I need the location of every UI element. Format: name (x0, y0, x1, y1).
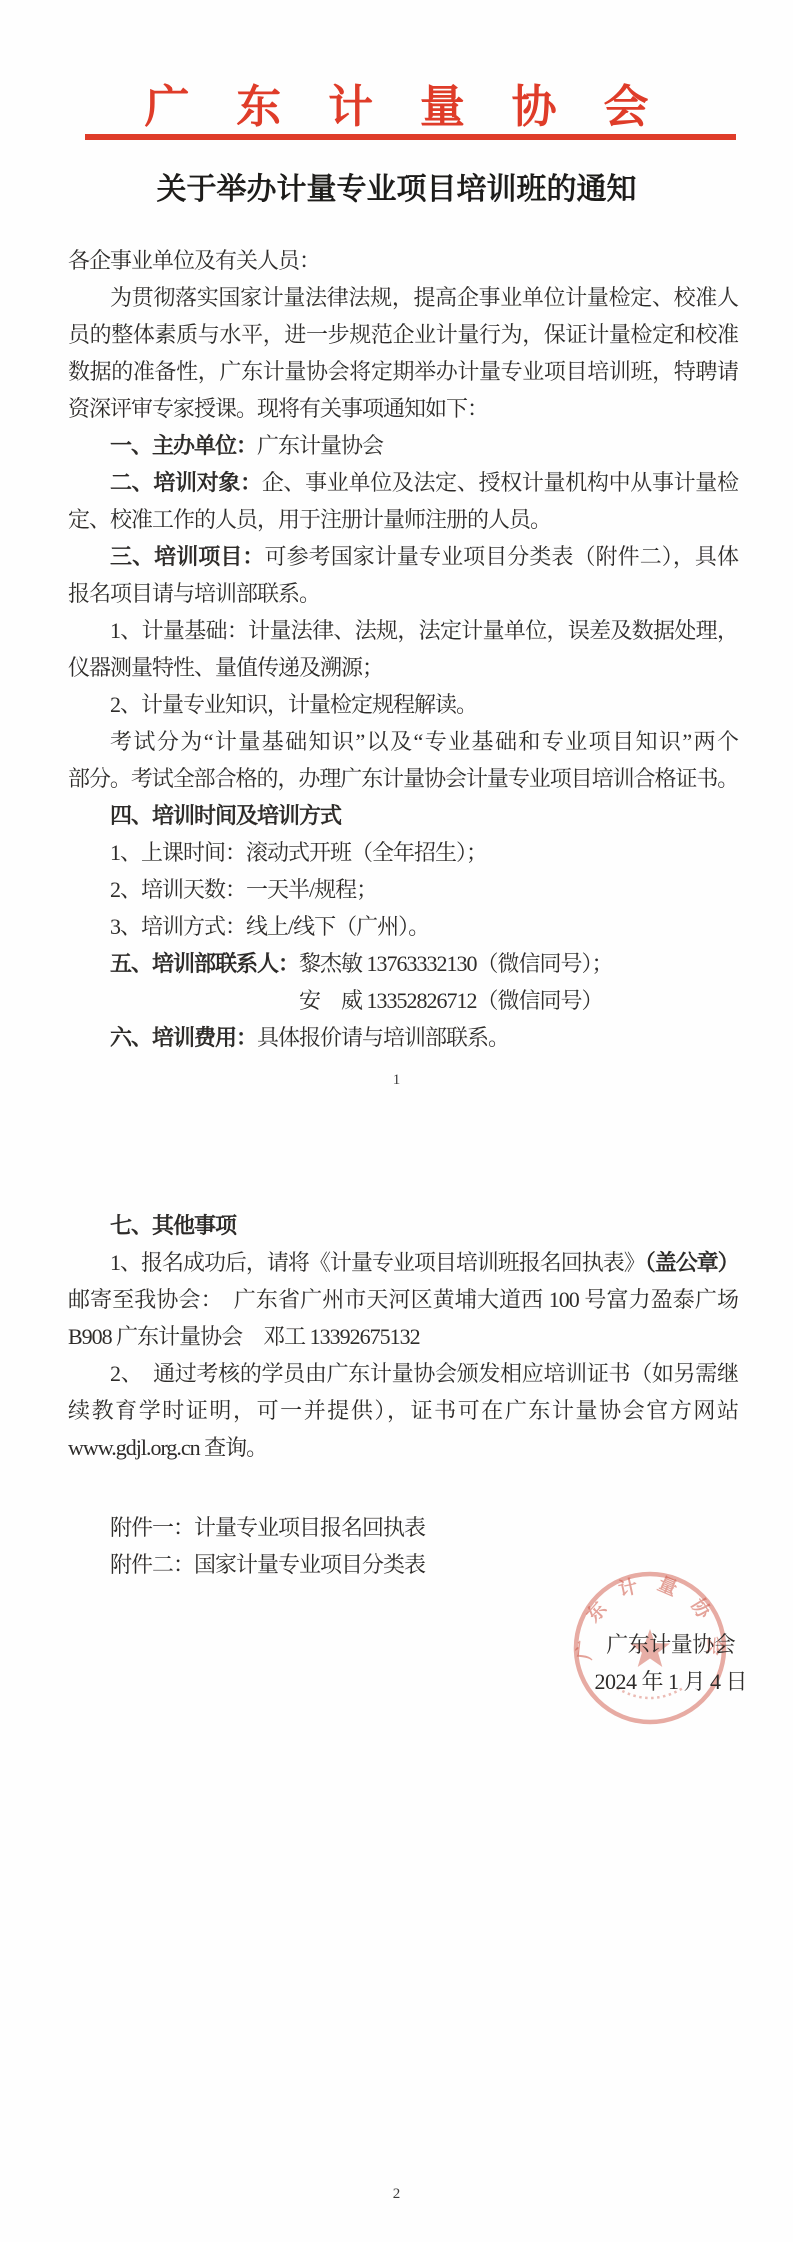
bold-text-segment: 三、培训项目： (110, 544, 265, 569)
text-segment: 为贯彻落实国家计量法律法规，提高企事业单位计量检定、校准人 (110, 285, 738, 310)
page2-body: 七、其他事项1、报名成功后，请将《计量专业项目培训班报名回执表》（盖公章）邮寄至… (68, 1207, 738, 1583)
text-segment: www.gdjl.org.cn 查询。 (68, 1435, 267, 1460)
text-line: 部分。考试全部合格的，办理广东计量协会计量专业项目培训合格证书。 (68, 760, 738, 797)
bold-text-segment: 六、培训费用： (110, 1025, 257, 1050)
text-line: 六、培训费用：具体报价请与培训部联系。 (68, 1019, 738, 1056)
text-line: www.gdjl.org.cn 查询。 (68, 1429, 738, 1466)
text-line: 1、报名成功后，请将《计量专业项目培训班报名回执表》（盖公章） (68, 1244, 738, 1281)
text-segment: 具体报价请与培训部联系。 (257, 1025, 509, 1050)
text-segment: 员的整体素质与水平，进一步规范企业计量行为，保证计量检定和校准 (68, 322, 738, 347)
text-line: 2、 通过考核的学员由广东计量协会颁发相应培训证书（如另需继 (68, 1355, 738, 1392)
text-segment: 附件二：国家计量专业项目分类表 (110, 1552, 425, 1577)
text-line: 定、校准工作的人员，用于注册计量师注册的人员。 (68, 501, 738, 538)
text-line: 员的整体素质与水平，进一步规范企业计量行为，保证计量检定和校准 (68, 316, 738, 353)
document-title: 关于举办计量专业项目培训班的通知 (0, 164, 793, 208)
signature-date: 2024 年 1 月 4 日 (594, 1663, 747, 1700)
text-line: 考试分为“计量基础知识”以及“专业基础和专业项目知识”两个 (68, 723, 738, 760)
page1-body: 各企事业单位及有关人员：为贯彻落实国家计量法律法规，提高企事业单位计量检定、校准… (68, 242, 738, 1056)
text-line: 数据的准备性，广东计量协会将定期举办计量专业项目培训班，特聘请 (68, 353, 738, 390)
bold-text-segment: 七、其他事项 (110, 1213, 236, 1238)
text-segment: 仪器测量特性、量值传递及溯源； (68, 655, 383, 680)
text-segment: 2、 通过考核的学员由广东计量协会颁发相应培训证书（如另需继 (110, 1361, 738, 1386)
text-line: 为贯彻落实国家计量法律法规，提高企事业单位计量检定、校准人 (68, 279, 738, 316)
text-line: 3、培训方式：线上/线下（广州）。 (68, 908, 738, 945)
text-segment: 3、培训方式：线上/线下（广州）。 (110, 914, 429, 939)
text-line: 邮寄至我协会： 广东省广州市天河区黄埔大道西 100 号富力盈泰广场 (68, 1281, 738, 1318)
text-segment: 1、报名成功后，请将《计量专业项目培训班报名回执表》 (110, 1250, 645, 1275)
text-segment: 数据的准备性，广东计量协会将定期举办计量专业项目培训班，特聘请 (68, 359, 738, 384)
page-number-2: 2 (0, 2186, 793, 2203)
text-line: 1、上课时间：滚动式开班（全年招生）； (68, 834, 738, 871)
signature-org: 广东计量协会 (594, 1626, 747, 1663)
text-line: 安 威 13352826712（微信同号） (68, 982, 738, 1019)
text-line: 五、培训部联系人：黎杰敏 13763332130（微信同号）； (68, 945, 738, 982)
text-segment: 广东计量协会 (257, 433, 383, 458)
text-segment: 2、培训天数：一天半/规程； (110, 877, 377, 902)
bold-text-segment: 二、培训对象： (110, 470, 262, 495)
letterhead-org-name: 广东计量协会 (0, 70, 793, 135)
text-line: 续教育学时证明，可一并提供），证书可在广东计量协会官方网站 (68, 1392, 738, 1429)
text-segment: 1、上课时间：滚动式开班（全年招生）； (110, 840, 487, 865)
text-segment: 续教育学时证明，可一并提供），证书可在广东计量协会官方网站 (68, 1398, 738, 1423)
text-segment: 定、校准工作的人员，用于注册计量师注册的人员。 (68, 507, 551, 532)
text-line: 1、计量基础：计量法律、法规，法定计量单位，误差及数据处理， (68, 612, 738, 649)
text-segment: 报名项目请与培训部联系。 (68, 581, 320, 606)
text-segment: 邮寄至我协会： 广东省广州市天河区黄埔大道西 100 号富力盈泰广场 (68, 1287, 738, 1312)
text-segment: 安 威 13352826712（微信同号） (299, 988, 603, 1013)
bold-text-segment: 五、培训部联系人： (110, 951, 299, 976)
text-line: 2、计量专业知识，计量检定规程解读。 (68, 686, 738, 723)
notice-document-page: 广东计量协会 关于举办计量专业项目培训班的通知 各企事业单位及有关人员：为贯彻落… (0, 0, 793, 2242)
text-line: 一、主办单位：广东计量协会 (68, 427, 738, 464)
text-line: 仪器测量特性、量值传递及溯源； (68, 649, 738, 686)
letterhead-rule (85, 134, 736, 140)
text-segment: 1、计量基础：计量法律、法规，法定计量单位，误差及数据处理， (110, 618, 738, 643)
text-segment: 各企事业单位及有关人员： (68, 248, 320, 273)
text-segment: 可参考国家计量专业项目分类表（附件二），具体 (265, 544, 738, 569)
text-segment: 资深评审专家授课。现将有关事项通知如下： (68, 396, 488, 421)
bold-text-segment: 一、主办单位： (110, 433, 257, 458)
text-segment: 考试分为“计量基础知识”以及“专业基础和专业项目知识”两个 (110, 729, 738, 754)
text-line: 二、培训对象：企、事业单位及法定、授权计量机构中从事计量检 (68, 464, 738, 501)
text-segment: 2、计量专业知识，计量检定规程解读。 (110, 692, 477, 717)
bold-text-segment: 四、培训时间及培训方式 (110, 803, 341, 828)
bold-text-segment: （盖公章） (645, 1250, 738, 1275)
text-line: 各企事业单位及有关人员： (68, 242, 738, 279)
text-segment: 企、事业单位及法定、授权计量机构中从事计量检 (262, 470, 738, 495)
text-segment: 部分。考试全部合格的，办理广东计量协会计量专业项目培训合格证书。 (68, 766, 738, 791)
text-segment: 黎杰敏 13763332130（微信同号）； (299, 951, 613, 976)
text-segment: 附件一：计量专业项目报名回执表 (110, 1515, 425, 1540)
text-line: 报名项目请与培训部联系。 (68, 575, 738, 612)
signature-block: 广东计量协会 2024 年 1 月 4 日 (594, 1626, 747, 1700)
text-segment: B908 广东计量协会 邓工 13392675132 (68, 1324, 420, 1349)
page-number-1: 1 (0, 1072, 793, 1089)
text-line: B908 广东计量协会 邓工 13392675132 (68, 1318, 738, 1355)
text-line: 2、培训天数：一天半/规程； (68, 871, 738, 908)
text-line: 四、培训时间及培训方式 (68, 797, 738, 834)
text-line: 三、培训项目：可参考国家计量专业项目分类表（附件二），具体 (68, 538, 738, 575)
text-line: 附件一：计量专业项目报名回执表 (68, 1509, 738, 1546)
text-line: 七、其他事项 (68, 1207, 738, 1244)
text-line: 资深评审专家授课。现将有关事项通知如下： (68, 390, 738, 427)
